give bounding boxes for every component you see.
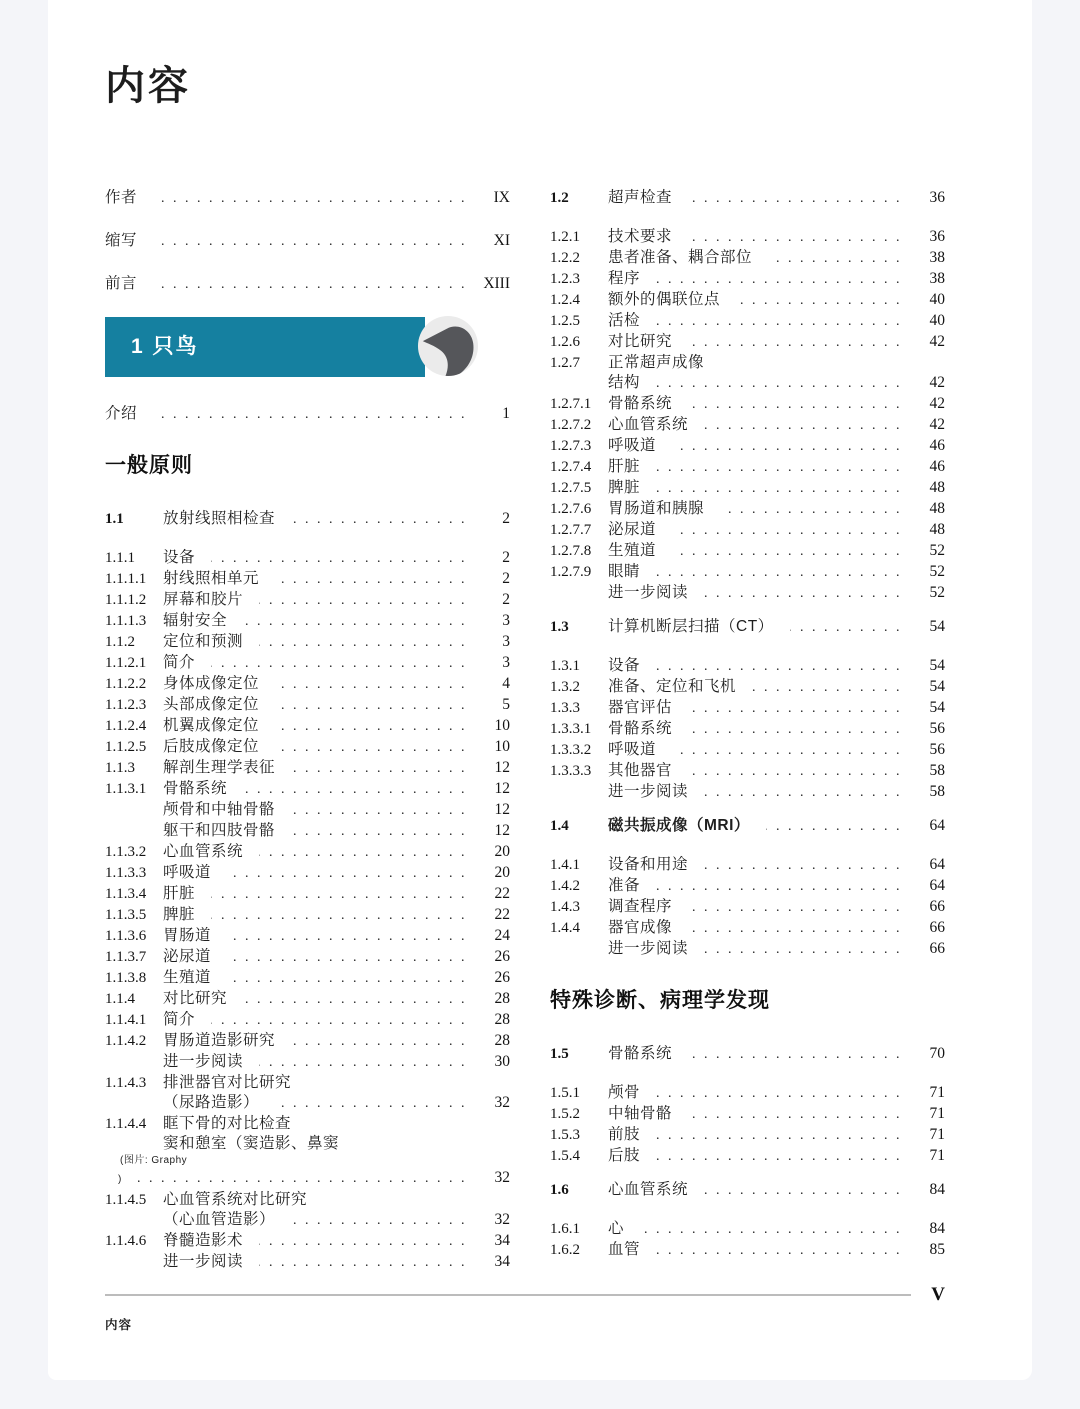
entry-number: 1.1.4.1 — [105, 1010, 163, 1030]
entry-title: 简介 — [163, 1010, 195, 1030]
front-matter-row: 作者. . . . . . . . . . . . . . . . . . . … — [105, 188, 510, 209]
toc-entry: 1.2.7.5脾脏. . . . . . . . . . . . . . . .… — [550, 478, 945, 499]
entry-title: 调查程序 — [608, 897, 672, 917]
dot-leader: . . . . . . . . . . . . . . . . . . . . … — [656, 563, 902, 583]
entry-title: 对比研究 — [163, 989, 227, 1009]
entry-page-number: 71 — [909, 1104, 945, 1124]
toc-entry: 进一步阅读. . . . . . . . . . . . . . . . . .… — [550, 782, 945, 803]
entry-page-number: 52 — [909, 541, 945, 561]
toc-entry: 进一步阅读. . . . . . . . . . . . . . . . . .… — [550, 583, 945, 604]
entry-title: 心血管系统 — [608, 415, 688, 435]
toc-entry: 1.4磁共振成像（MRI）. . . . . . . . . . . . . .… — [550, 816, 945, 837]
entry-title: 患者准备、耦合部位 — [608, 248, 752, 268]
entry-title: 器官成像 — [608, 918, 672, 938]
entry-title: 泌尿道 — [163, 947, 211, 967]
entry-number: 1.4.4 — [550, 918, 608, 938]
toc-entry: 1.4.1设备和用途. . . . . . . . . . . . . . . … — [550, 855, 945, 876]
entry-page-number: 56 — [909, 719, 945, 739]
entry-page-number: 66 — [909, 918, 945, 938]
entry-title: 程序 — [608, 269, 640, 289]
toc-entry: 1.5.1颅骨. . . . . . . . . . . . . . . . .… — [550, 1083, 945, 1104]
entry-page-number: XIII — [474, 274, 510, 294]
entry-title: 设备和用途 — [608, 855, 688, 875]
entry-title: 机翼成像定位 — [163, 716, 259, 736]
entry-number: 1.1.2 — [105, 632, 163, 652]
dot-leader: . . . . . . . . . . . . . . . . . . . . … — [259, 633, 467, 653]
dot-leader: . . . . . . . . . . . . . . . . . . . . … — [688, 699, 902, 719]
entry-page-number: 2 — [474, 569, 510, 589]
entry-number: 1.2.6 — [550, 332, 608, 352]
dot-leader: . . . . . . . . . . . . . . . . . . . . … — [704, 1181, 902, 1201]
entry-number: 1.6 — [550, 1180, 608, 1200]
dot-leader: . . . . . . . . . . . . . . . . . . . . … — [291, 801, 467, 821]
toc-entry: 躯干和四肢骨骼. . . . . . . . . . . . . . . . .… — [105, 821, 510, 842]
dot-leader: . . . . . . . . . . . . . . . . . . . . … — [766, 817, 902, 837]
entry-page-number: 48 — [909, 478, 945, 498]
entry-number: 1.2.7.6 — [550, 499, 608, 519]
entry-title: (图片: Graphy — [120, 1154, 187, 1168]
entry-number: 1.1.4.2 — [105, 1031, 163, 1051]
toc-entry: 1.1.3.8生殖道. . . . . . . . . . . . . . . … — [105, 968, 510, 989]
entry-page-number: 85 — [909, 1240, 945, 1260]
toc-page: 内容 作者. . . . . . . . . . . . . . . . . .… — [48, 0, 1032, 1380]
entry-page-number: 84 — [909, 1180, 945, 1200]
dot-leader: . . . . . . . . . . . . . . . . . . . . … — [259, 1053, 467, 1073]
entry-number: 1.6.2 — [550, 1240, 608, 1260]
dot-leader: . . . . . . . . . . . . . . . . . . . . … — [275, 696, 467, 716]
entry-page-number: 64 — [909, 855, 945, 875]
dot-leader: . . . . . . . . . . . . . . . . . . . . … — [211, 549, 467, 569]
entry-number: 1.1.3.5 — [105, 905, 163, 925]
entry-page-number: 46 — [909, 457, 945, 477]
dot-leader: . . . . . . . . . . . . . . . . . . . . … — [211, 1011, 467, 1031]
dot-leader: . . . . . . . . . . . . . . . . . . . . … — [211, 885, 467, 905]
entry-page-number: 26 — [474, 968, 510, 988]
dot-leader: . . . . . . . . . . . . . . . . . . . . … — [275, 717, 467, 737]
toc-entry: 1.1.3.1骨骼系统. . . . . . . . . . . . . . .… — [105, 779, 510, 800]
entry-title: 设备 — [608, 656, 640, 676]
entry-title: 作者 — [105, 188, 137, 208]
entry-title: 准备、定位和飞机 — [608, 677, 736, 697]
entry-title: 前肢 — [608, 1125, 640, 1145]
entry-number: 1.1.3.6 — [105, 926, 163, 946]
entry-page-number: 40 — [909, 311, 945, 331]
dot-leader: . . . . . . . . . . . . . . . . . . . . … — [688, 189, 902, 209]
entry-number: 1.1.4.4 — [105, 1114, 163, 1134]
dot-leader: . . . . . . . . . . . . . . . . . . . . … — [153, 232, 467, 252]
dot-leader: . . . . . . . . . . . . . . . . . . . . … — [227, 948, 467, 968]
entry-number: 1.1.1 — [105, 548, 163, 568]
toc-entry: 1.1.2定位和预测. . . . . . . . . . . . . . . … — [105, 632, 510, 653]
entry-page-number: 70 — [909, 1044, 945, 1064]
toc-entry: 1.2超声检查. . . . . . . . . . . . . . . . .… — [550, 188, 945, 209]
toc-entry: (图片: Graphy — [105, 1154, 510, 1168]
section-heading: 一般原则 — [105, 453, 510, 479]
toc-entry: 1.1.4.5心血管系统对比研究 — [105, 1190, 510, 1210]
entry-page-number: 28 — [474, 1031, 510, 1051]
dot-leader: . . . . . . . . . . . . . . . . . . . . … — [656, 312, 902, 332]
toc-entry: （尿路造影）. . . . . . . . . . . . . . . . . … — [105, 1093, 510, 1114]
entry-page-number: 10 — [474, 716, 510, 736]
entry-title: 放射线照相检查 — [163, 509, 275, 529]
entry-page-number: 58 — [909, 782, 945, 802]
left-entries: 一般原则1.1放射线照相检查. . . . . . . . . . . . . … — [105, 453, 510, 1273]
toc-entry: 1.4.4器官成像. . . . . . . . . . . . . . . .… — [550, 918, 945, 939]
entry-number: 1.1.3 — [105, 758, 163, 778]
dot-leader: . . . . . . . . . . . . . . . . . . . . … — [688, 762, 902, 782]
toc-entry: 1.2.7.3呼吸道. . . . . . . . . . . . . . . … — [550, 436, 945, 457]
entry-page-number: 54 — [909, 698, 945, 718]
entry-page-number: IX — [474, 188, 510, 208]
dot-leader: . . . . . . . . . . . . . . . . . . . . … — [227, 969, 467, 989]
entry-title: 脾脏 — [163, 905, 195, 925]
dot-leader: . . . . . . . . . . . . . . . . . . . . … — [752, 678, 902, 698]
toc-entry: 1.2.7.6胃肠道和胰腺. . . . . . . . . . . . . .… — [550, 499, 945, 520]
toc-entry: 1.2.7正常超声成像 — [550, 353, 945, 373]
dot-leader: . . . . . . . . . . . . . . . . . . . . … — [688, 395, 902, 415]
entry-page-number: 12 — [474, 821, 510, 841]
entry-number: 1.1.1.3 — [105, 611, 163, 631]
entry-number: 1.4.1 — [550, 855, 608, 875]
entry-title: （尿路造影） — [163, 1093, 259, 1113]
entry-number: 1.2.1 — [550, 227, 608, 247]
entry-page-number: 32 — [474, 1210, 510, 1230]
entry-title: 骨骼系统 — [608, 1044, 672, 1064]
entry-title: 对比研究 — [608, 332, 672, 352]
entry-title: 肝脏 — [608, 457, 640, 477]
toc-entry: 1.1.2.1简介. . . . . . . . . . . . . . . .… — [105, 653, 510, 674]
dot-leader: . . . . . . . . . . . . . . . . . . . . … — [656, 1084, 902, 1104]
entry-page-number: 4 — [474, 674, 510, 694]
entry-number: 1.1.3.4 — [105, 884, 163, 904]
toc-entry: 1.6.2血管. . . . . . . . . . . . . . . . .… — [550, 1240, 945, 1261]
entry-number: 1.1 — [105, 509, 163, 529]
dot-leader: . . . . . . . . . . . . . . . . . . . . … — [672, 741, 902, 761]
entry-title: 进一步阅读 — [163, 1252, 243, 1272]
entry-page-number: XI — [474, 231, 510, 251]
dot-leader: . . . . . . . . . . . . . . . . . . . . … — [227, 864, 467, 884]
entry-title: 呼吸道 — [163, 863, 211, 883]
footer-page-number: V — [911, 1284, 945, 1306]
toc-entry: 进一步阅读. . . . . . . . . . . . . . . . . .… — [550, 939, 945, 960]
toc-entry: 1.5.4后肢. . . . . . . . . . . . . . . . .… — [550, 1146, 945, 1167]
toc-entry: 1.1.1.1射线照相单元. . . . . . . . . . . . . .… — [105, 569, 510, 590]
entry-title: 胃肠道 — [163, 926, 211, 946]
toc-entry: 1.1.2.4机翼成像定位. . . . . . . . . . . . . .… — [105, 716, 510, 737]
entry-page-number: 56 — [909, 740, 945, 760]
entry-number: 1.5.1 — [550, 1083, 608, 1103]
dot-leader: . . . . . . . . . . . . . . . . . . . . … — [275, 738, 467, 758]
toc-entry: 1.6心血管系统. . . . . . . . . . . . . . . . … — [550, 1180, 945, 1201]
entry-title: 泌尿道 — [608, 520, 656, 540]
dot-leader: . . . . . . . . . . . . . . . . . . . . … — [153, 275, 467, 295]
entry-page-number: 5 — [474, 695, 510, 715]
entry-page-number: 26 — [474, 947, 510, 967]
entry-page-number: 3 — [474, 611, 510, 631]
toc-entry: 1.2.2患者准备、耦合部位. . . . . . . . . . . . . … — [550, 248, 945, 269]
entry-number: 1.5 — [550, 1044, 608, 1064]
entry-number: 1.4.3 — [550, 897, 608, 917]
dot-leader: . . . . . . . . . . . . . . . . . . . . … — [720, 500, 902, 520]
entry-number: 1.4 — [550, 816, 608, 836]
toc-entry: 1.3.2准备、定位和飞机. . . . . . . . . . . . . .… — [550, 677, 945, 698]
entry-title: 颅骨和中轴骨骼 — [163, 800, 275, 820]
entry-page-number: 12 — [474, 758, 510, 778]
dot-leader: . . . . . . . . . . . . . . . . . . . . … — [688, 898, 902, 918]
entry-number: 1.2.7.2 — [550, 415, 608, 435]
entry-page-number: 40 — [909, 290, 945, 310]
entry-title: 射线照相单元 — [163, 569, 259, 589]
entry-title: 准备 — [608, 876, 640, 896]
footer-label: 内容 — [105, 1315, 132, 1333]
entry-page-number: 54 — [909, 677, 945, 697]
entry-title: 身体成像定位 — [163, 674, 259, 694]
entry-title: 额外的偶联位点 — [608, 290, 720, 310]
dot-leader: . . . . . . . . . . . . . . . . . . . . … — [672, 437, 902, 457]
entry-page-number: 12 — [474, 800, 510, 820]
toc-entry: 1.1.3解剖生理学表征. . . . . . . . . . . . . . … — [105, 758, 510, 779]
entry-page-number: 1 — [474, 404, 510, 424]
toc-entry: 窦和憩室（窦造影、鼻窦 — [105, 1134, 510, 1154]
entry-title: 简介 — [163, 653, 195, 673]
entry-page-number: 22 — [474, 905, 510, 925]
entry-number: 1.2.7.8 — [550, 541, 608, 561]
dot-leader: . . . . . . . . . . . . . . . . . . . . … — [138, 1169, 467, 1189]
entry-title: 颅骨 — [608, 1083, 640, 1103]
entry-title: 头部成像定位 — [163, 695, 259, 715]
entry-number: 1.1.4 — [105, 989, 163, 1009]
dot-leader: . . . . . . . . . . . . . . . . . . . . … — [688, 720, 902, 740]
section-heading: 特殊诊断、病理学发现 — [550, 988, 945, 1014]
toc-entry: 1.1.3.5脾脏. . . . . . . . . . . . . . . .… — [105, 905, 510, 926]
toc-entry: 1.1.3.3呼吸道. . . . . . . . . . . . . . . … — [105, 863, 510, 884]
entry-page-number: 42 — [909, 415, 945, 435]
entry-title: 呼吸道 — [608, 436, 656, 456]
footer-row: V — [105, 1284, 945, 1306]
entry-title: 辐射安全 — [163, 611, 227, 631]
chapter-banner: 1 只鸟 — [105, 317, 425, 377]
toc-entry: 1.2.7.7泌尿道. . . . . . . . . . . . . . . … — [550, 520, 945, 541]
entry-number: 1.1.1.1 — [105, 569, 163, 589]
entry-title: 活检 — [608, 311, 640, 331]
entry-number: 1.6.1 — [550, 1219, 608, 1239]
entry-title: 排泄器官对比研究 — [163, 1073, 291, 1093]
dot-leader: . . . . . . . . . . . . . . . . . . . . … — [259, 1253, 467, 1273]
entry-number: 1.1.4.5 — [105, 1190, 163, 1210]
entry-number: 1.1.3.7 — [105, 947, 163, 967]
entry-page-number: 42 — [909, 373, 945, 393]
dot-leader: . . . . . . . . . . . . . . . . . . . . … — [259, 591, 467, 611]
page-footer: V 内容 — [105, 1284, 945, 1334]
entry-page-number: 32 — [474, 1168, 510, 1188]
dot-leader: . . . . . . . . . . . . . . . . . . . . … — [291, 1032, 467, 1052]
dot-leader: . . . . . . . . . . . . . . . . . . . . … — [656, 458, 902, 478]
toc-entry: 1.6.1心. . . . . . . . . . . . . . . . . … — [550, 1219, 945, 1240]
entry-page-number: 48 — [909, 520, 945, 540]
entry-page-number: 34 — [474, 1231, 510, 1251]
entry-title: 缩写 — [105, 231, 137, 251]
entry-title: 心 — [608, 1219, 624, 1239]
toc-entry: 1.3.3器官评估. . . . . . . . . . . . . . . .… — [550, 698, 945, 719]
entry-title: 超声检查 — [608, 188, 672, 208]
dot-leader: . . . . . . . . . . . . . . . . . . . . … — [704, 856, 902, 876]
entry-page-number: 3 — [474, 632, 510, 652]
toc-entry: 1.2.5活检. . . . . . . . . . . . . . . . .… — [550, 311, 945, 332]
entry-page-number: 12 — [474, 779, 510, 799]
entry-page-number: 58 — [909, 761, 945, 781]
entry-title: 肝脏 — [163, 884, 195, 904]
entry-number: 1.1.2.3 — [105, 695, 163, 715]
toc-entry: 颅骨和中轴骨骼. . . . . . . . . . . . . . . . .… — [105, 800, 510, 821]
entry-title: 眶下骨的对比检查 — [163, 1114, 291, 1134]
toc-column-left: 作者. . . . . . . . . . . . . . . . . . . … — [105, 110, 510, 1273]
dot-leader: . . . . . . . . . . . . . . . . . . . . … — [211, 654, 467, 674]
entry-page-number: 84 — [909, 1219, 945, 1239]
entry-number: 1.2.4 — [550, 290, 608, 310]
screenshot-root: { "title": "内容", "colors": { "banner_tea… — [0, 0, 1080, 1409]
entry-title: 解剖生理学表征 — [163, 758, 275, 778]
entry-page-number: 42 — [909, 332, 945, 352]
toc-entry: 1.3.1设备. . . . . . . . . . . . . . . . .… — [550, 656, 945, 677]
entry-page-number: 3 — [474, 653, 510, 673]
entry-number: 1.2.7.3 — [550, 436, 608, 456]
entry-title: 计算机断层扫描（CT） — [608, 617, 774, 637]
dot-leader: . . . . . . . . . . . . . . . . . . . . … — [736, 291, 902, 311]
toc-entry: 1.2.7.1骨骼系统. . . . . . . . . . . . . . .… — [550, 394, 945, 415]
toc-entry: 1.2.7.9眼睛. . . . . . . . . . . . . . . .… — [550, 562, 945, 583]
toc-entry: 1.1.2.2身体成像定位. . . . . . . . . . . . . .… — [105, 674, 510, 695]
dot-leader: . . . . . . . . . . . . . . . . . . . . … — [672, 521, 902, 541]
entry-number: 1.1.3.8 — [105, 968, 163, 988]
entry-number: 1.1.4.6 — [105, 1231, 163, 1251]
dot-leader: . . . . . . . . . . . . . . . . . . . . … — [704, 783, 902, 803]
entry-title: 生殖道 — [608, 541, 656, 561]
entry-number: 1.3.1 — [550, 656, 608, 676]
toc-entry: 1.1.4.2胃肠道造影研究. . . . . . . . . . . . . … — [105, 1031, 510, 1052]
entry-page-number: 46 — [909, 436, 945, 456]
entry-title: 进一步阅读 — [608, 583, 688, 603]
entry-page-number: 48 — [909, 499, 945, 519]
entry-page-number: 52 — [909, 562, 945, 582]
dot-leader: . . . . . . . . . . . . . . . . . . . . … — [688, 333, 902, 353]
toc-entry: 1.2.1技术要求. . . . . . . . . . . . . . . .… — [550, 227, 945, 248]
entry-page-number: 64 — [909, 876, 945, 896]
entry-number: 1.2.3 — [550, 269, 608, 289]
entry-title: ) — [118, 1170, 122, 1190]
front-matter-row: 前言. . . . . . . . . . . . . . . . . . . … — [105, 274, 510, 295]
dot-leader: . . . . . . . . . . . . . . . . . . . . … — [656, 1147, 902, 1167]
entry-number: 1.1.1.2 — [105, 590, 163, 610]
entry-page-number: 54 — [909, 656, 945, 676]
entry-title: 脊髓造影术 — [163, 1231, 243, 1251]
entry-page-number: 10 — [474, 737, 510, 757]
toc-entry: 1.4.2准备. . . . . . . . . . . . . . . . .… — [550, 876, 945, 897]
dot-leader: . . . . . . . . . . . . . . . . . . . . … — [704, 584, 902, 604]
entry-page-number: 36 — [909, 188, 945, 208]
toc-entry: 1.1.1设备. . . . . . . . . . . . . . . . .… — [105, 548, 510, 569]
entry-title: 后肢成像定位 — [163, 737, 259, 757]
dot-leader: . . . . . . . . . . . . . . . . . . . . … — [688, 228, 902, 248]
entry-title: 心血管系统对比研究 — [163, 1190, 307, 1210]
entry-number: 1.3.3.3 — [550, 761, 608, 781]
entry-page-number: 34 — [474, 1252, 510, 1272]
toc-entry: 进一步阅读. . . . . . . . . . . . . . . . . .… — [105, 1052, 510, 1073]
entry-page-number: 42 — [909, 394, 945, 414]
toc-columns: 作者. . . . . . . . . . . . . . . . . . . … — [105, 110, 945, 1273]
toc-entry: 1.3计算机断层扫描（CT）. . . . . . . . . . . . . … — [550, 617, 945, 638]
toc-entry: 1.1.4.3排泄器官对比研究 — [105, 1073, 510, 1093]
entry-page-number: 38 — [909, 248, 945, 268]
entry-title: 进一步阅读 — [163, 1052, 243, 1072]
entry-page-number: 30 — [474, 1052, 510, 1072]
entry-number: 1.2.7.1 — [550, 394, 608, 414]
entry-title: 心血管系统 — [163, 842, 243, 862]
toc-entry: 1.2.6对比研究. . . . . . . . . . . . . . . .… — [550, 332, 945, 353]
entry-page-number: 38 — [909, 269, 945, 289]
dot-leader: . . . . . . . . . . . . . . . . . . . . … — [790, 618, 902, 638]
front-matter-list: 作者. . . . . . . . . . . . . . . . . . . … — [105, 188, 510, 295]
front-matter-row: 缩写. . . . . . . . . . . . . . . . . . . … — [105, 231, 510, 252]
intro-row: 介绍. . . . . . . . . . . . . . . . . . . … — [105, 404, 510, 425]
dot-leader: . . . . . . . . . . . . . . . . . . . . … — [227, 927, 467, 947]
dot-leader: . . . . . . . . . . . . . . . . . . . . … — [259, 843, 467, 863]
entry-title: 脾脏 — [608, 478, 640, 498]
dot-leader: . . . . . . . . . . . . . . . . . . . . … — [259, 1232, 467, 1252]
entry-title: 前言 — [105, 274, 137, 294]
entry-number: 1.1.4.3 — [105, 1073, 163, 1093]
toc-entry: ). . . . . . . . . . . . . . . . . . . .… — [105, 1168, 510, 1190]
entry-title: 胃肠道造影研究 — [163, 1031, 275, 1051]
toc-entry: 1.2.7.8生殖道. . . . . . . . . . . . . . . … — [550, 541, 945, 562]
entry-page-number: 66 — [909, 897, 945, 917]
entry-number: 1.1.2.1 — [105, 653, 163, 673]
entry-title: （心血管造影） — [163, 1210, 275, 1230]
entry-number: 1.2.7.5 — [550, 478, 608, 498]
entry-number: 1.1.3.3 — [105, 863, 163, 883]
entry-title: 骨骼系统 — [608, 719, 672, 739]
dot-leader: . . . . . . . . . . . . . . . . . . . . … — [656, 657, 902, 677]
toc-entry: 1.1.1.2屏幕和胶片. . . . . . . . . . . . . . … — [105, 590, 510, 611]
entry-number: 1.2.7.7 — [550, 520, 608, 540]
dot-leader: . . . . . . . . . . . . . . . . . . . . … — [291, 510, 467, 530]
entry-number: 1.3.2 — [550, 677, 608, 697]
toc-entry: 1.1.3.2心血管系统. . . . . . . . . . . . . . … — [105, 842, 510, 863]
entry-title: 定位和预测 — [163, 632, 243, 652]
entry-number: 1.3.3 — [550, 698, 608, 718]
entry-number: 1.1.2.2 — [105, 674, 163, 694]
entry-page-number: 2 — [474, 509, 510, 529]
entry-title: 窦和憩室（窦造影、鼻窦 — [163, 1134, 339, 1154]
dot-leader: . . . . . . . . . . . . . . . . . . . . … — [656, 270, 902, 290]
entry-number: 1.1.2.5 — [105, 737, 163, 757]
entry-title: 中轴骨骼 — [608, 1104, 672, 1124]
entry-number: 1.2.5 — [550, 311, 608, 331]
toc-entry: 1.2.7.4肝脏. . . . . . . . . . . . . . . .… — [550, 457, 945, 478]
toc-entry: 1.2.7.2心血管系统. . . . . . . . . . . . . . … — [550, 415, 945, 436]
toc-entry: 1.5.2中轴骨骼. . . . . . . . . . . . . . . .… — [550, 1104, 945, 1125]
entry-number: 1.5.3 — [550, 1125, 608, 1145]
dot-leader: . . . . . . . . . . . . . . . . . . . . … — [211, 906, 467, 926]
entry-page-number: 52 — [909, 583, 945, 603]
entry-number: 1.2.7.9 — [550, 562, 608, 582]
entry-number: 1.2 — [550, 188, 608, 208]
toc-entry: 1.3.3.2呼吸道. . . . . . . . . . . . . . . … — [550, 740, 945, 761]
toc-entry: 1.1.4.6脊髓造影术. . . . . . . . . . . . . . … — [105, 1231, 510, 1252]
toc-entry: 1.5骨骼系统. . . . . . . . . . . . . . . . .… — [550, 1044, 945, 1065]
entry-number: 1.2.7.4 — [550, 457, 608, 477]
entry-number: 1.5.2 — [550, 1104, 608, 1124]
entry-page-number: 2 — [474, 590, 510, 610]
